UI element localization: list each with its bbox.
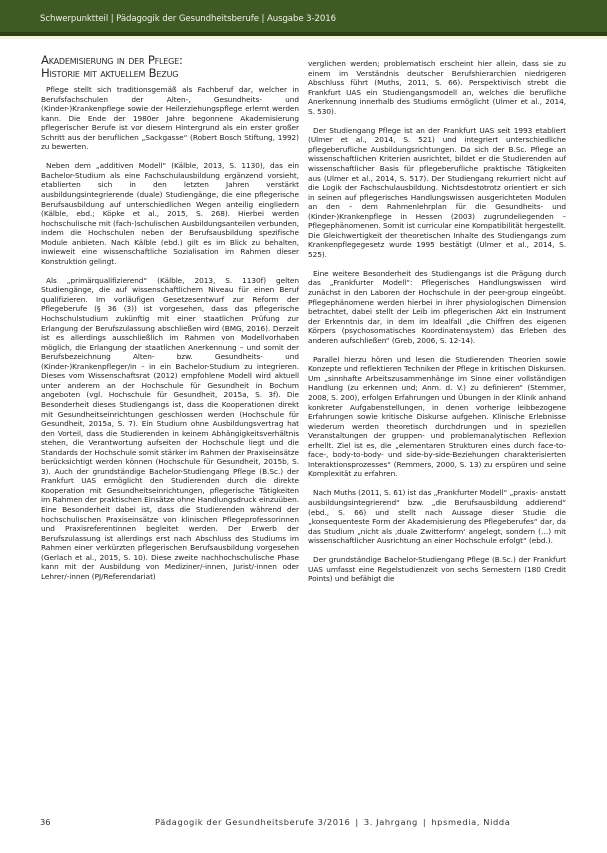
paragraph: Eine weitere Besonderheit des Studiengan…: [308, 269, 566, 345]
paragraph: verglichen werden; problematisch erschei…: [308, 59, 566, 116]
volume: 3. Jahrgang: [364, 817, 418, 827]
footer-info: Pädagogik der Gesundheitsberufe 3/2016|3…: [155, 817, 510, 827]
section-title-line-2: Historie mit aktuellem Bezug: [41, 67, 299, 80]
paragraph: Nach Muths (2011, S. 61) ist das „Frankf…: [308, 488, 566, 545]
paragraph: Pflege stellt sich traditionsgemäß als F…: [41, 85, 299, 152]
section-title: Akademisierung in der Pflege: Historie m…: [41, 54, 299, 79]
right-column: verglichen werden; problematisch erschei…: [308, 59, 566, 593]
header-band: Schwerpunktteil | Pädagogik der Gesundhe…: [0, 0, 607, 32]
page-number: 36: [40, 817, 51, 827]
paragraph: Der Studiengang Pflege ist an der Frankf…: [308, 126, 566, 260]
running-head: Schwerpunktteil | Pädagogik der Gesundhe…: [40, 14, 336, 24]
publisher: hpsmedia, Nidda: [431, 817, 510, 827]
header-rule-light: [0, 36, 607, 39]
paragraph: Der grundständige Bachelor-Studiengang P…: [308, 555, 566, 584]
paragraph: Parallel hierzu hören und lesen die Stud…: [308, 355, 566, 479]
paragraph: Als „primärqualifizierend“ (Kälble, 2013…: [41, 276, 299, 582]
left-column: Akademisierung in der Pflege: Historie m…: [41, 54, 299, 591]
separator: |: [423, 817, 426, 827]
separator: |: [355, 817, 358, 827]
section-title-line-1: Akademisierung in der Pflege:: [41, 54, 299, 67]
journal-name: Pädagogik der Gesundheitsberufe 3/2016: [155, 817, 350, 827]
paragraph: Neben dem „additiven Modell“ (Kälble, 20…: [41, 161, 299, 266]
